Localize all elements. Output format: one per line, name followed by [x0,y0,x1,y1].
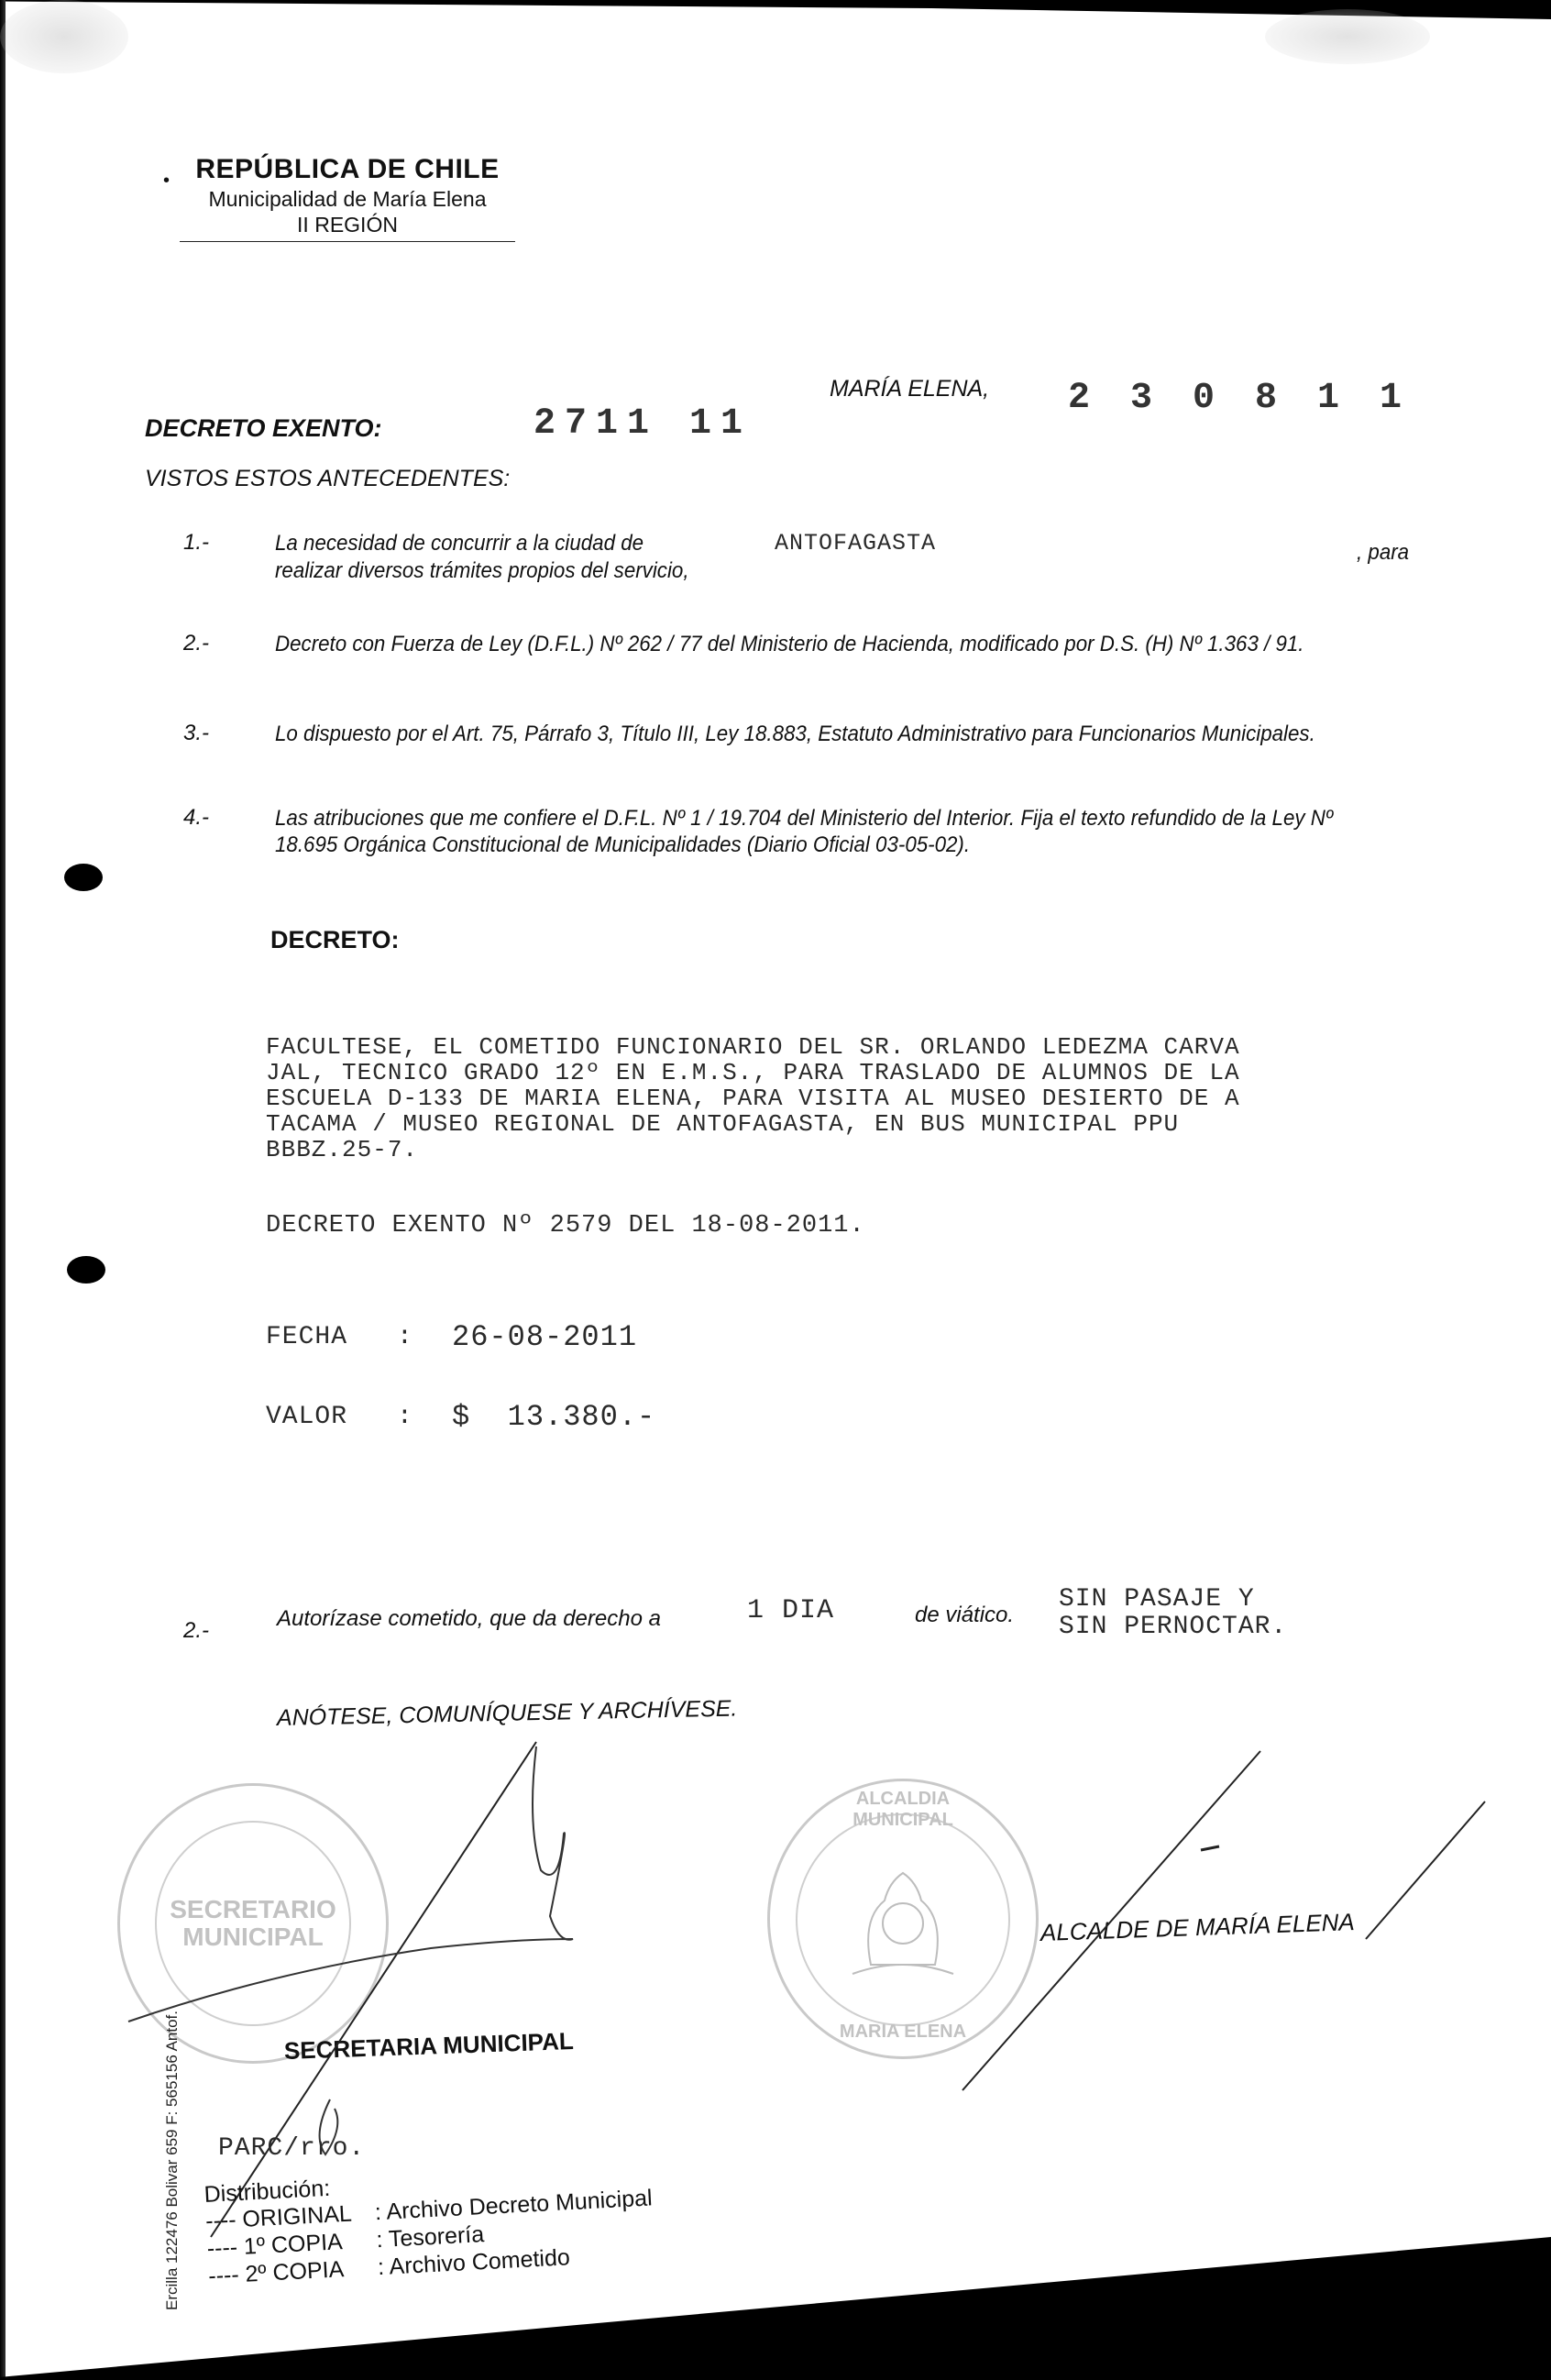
copy-destination: : Tesorería [376,2221,485,2253]
signature-strokes [0,0,1551,2380]
distribution-list: Distribución: ---- ORIGINAL : Archivo De… [203,2158,655,2290]
author-initials: PARC/rro. [218,2134,365,2163]
printer-imprint: Ercilla 122476 Bolivar 659 F: 565156 Ant… [163,2011,181,2310]
